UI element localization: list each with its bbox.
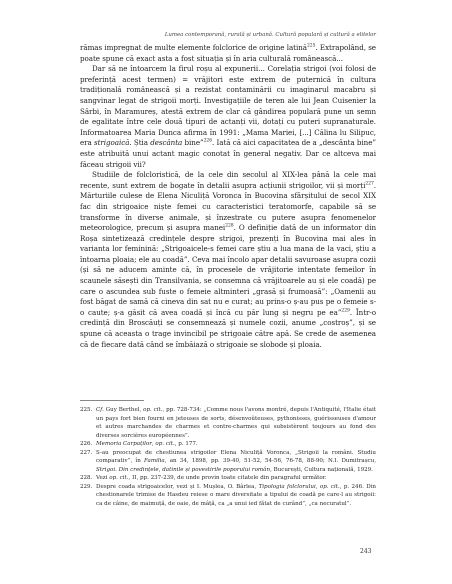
footnote-ref: 229 [341, 308, 349, 313]
footnote-separator [80, 400, 144, 401]
paragraph-1: rămas impregnat de multe elemente folclo… [80, 43, 376, 64]
footnote-text: Despre coada strigoaicelor, vezi și I. M… [96, 483, 376, 509]
footnote-number: 229. [80, 483, 96, 509]
footnote-228: 228. Vezi op. cit., II, pp. 237-239, de … [80, 474, 376, 483]
footnote-ref: 227 [365, 181, 373, 186]
footnote-226: 226. Memoria Carpaților, op. cit., p. 17… [80, 440, 376, 449]
footnote-text: Cf. Guy Berthel, op. cit., pp. 728-734: … [96, 406, 376, 440]
body-text: rămas impregnat de multe elemente folclo… [80, 43, 376, 350]
book-page: Lumea contemporană, rurală și urbană. Cu… [0, 0, 452, 584]
footnote-number: 225. [80, 406, 96, 440]
footnote-text: Vezi op. cit., II, pp. 237-239, de unde … [96, 474, 376, 483]
footnote-number: 227. [80, 449, 96, 475]
footnote-number: 226. [80, 440, 96, 449]
footnote-ref: 226 [204, 139, 212, 144]
footnotes: 225. Cf. Guy Berthel, op. cit., pp. 728-… [80, 406, 376, 508]
footnote-ref: 228 [225, 224, 233, 229]
running-head: Lumea contemporană, rurală și urbană. Cu… [80, 32, 376, 38]
footnote-text: Memoria Carpaților, op. cit., p. 177. [96, 440, 376, 449]
paragraph-2: Dar să ne întoarcem la firul roșu al exp… [80, 64, 376, 170]
footnote-227: 227. S-au preocupat de chestiunea strigo… [80, 449, 376, 475]
footnote-number: 228. [80, 474, 96, 483]
page-number: 243 [360, 548, 371, 555]
footnote-225: 225. Cf. Guy Berthel, op. cit., pp. 728-… [80, 406, 376, 440]
footnote-text: S-au preocupat de chestiunea strigoilor … [96, 449, 376, 475]
footnote-229: 229. Despre coada strigoaicelor, vezi și… [80, 483, 376, 509]
paragraph-3: Studiile de folcloristică, de la cele di… [80, 170, 376, 350]
footnote-ref: 225 [307, 44, 315, 49]
